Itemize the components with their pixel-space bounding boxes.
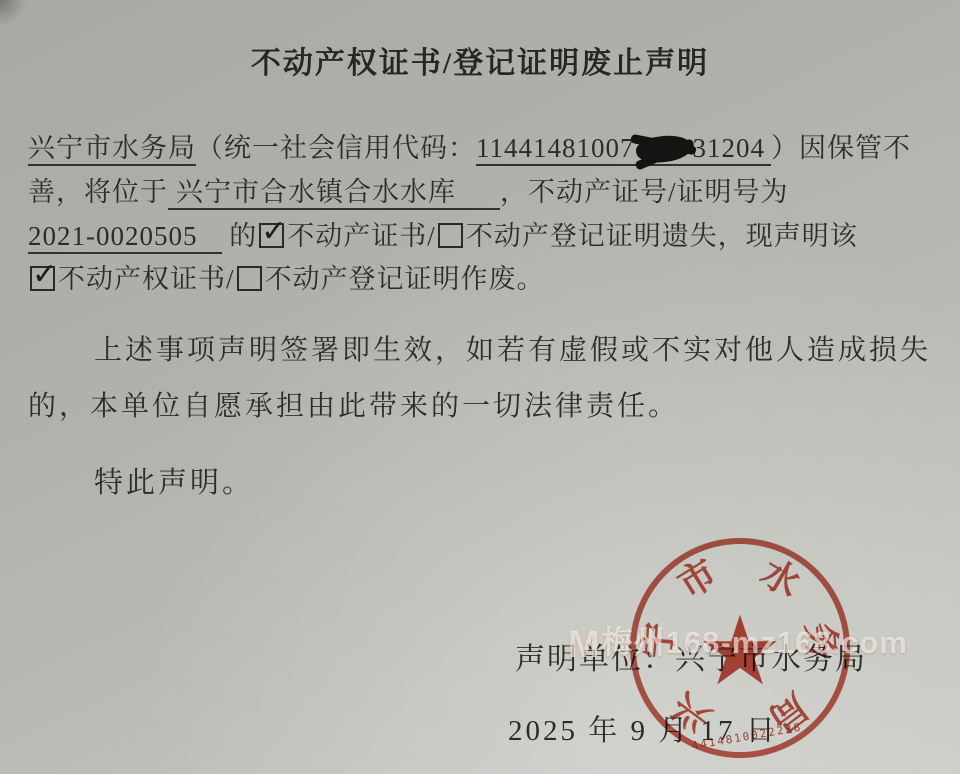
line3-cert-text: 不动产证书/ (287, 221, 436, 251)
credit-code-tail: 31204 (693, 133, 766, 163)
declarant-org-name: 兴宁市水务局 (28, 133, 196, 166)
line1-tail-text: ）因保管不 (771, 133, 911, 163)
checkbox-certificate-checked: ✓ (259, 223, 284, 248)
line2-tail-text: ，不动产证号/证明号为 (500, 177, 789, 207)
checkbox-registration-unchecked (438, 223, 463, 248)
paragraph2-line2: 的，本单位自愿承担由此带来的一切法律责任。 (28, 384, 679, 424)
line4-cert-text: 不动产权证书/ (58, 264, 235, 294)
check-mark: ✓ (261, 214, 286, 249)
document-title: 不动产权证书/登记证明废止声明 (0, 38, 960, 82)
credit-code-head: 11441481007 (476, 133, 635, 163)
signature-org-name: 兴宁市水务局 (675, 643, 867, 676)
line4-tail-text: 不动产登记证明作废。 (265, 264, 545, 294)
signature-label: 声明单位： (515, 643, 675, 676)
scanned-document: 不动产权证书/登记证明废止声明 兴宁市水务局（统一社会信用代码：11441481… (0, 0, 960, 774)
line3-de-text: 的 (222, 221, 258, 251)
closing-statement: 特此声明。 (94, 460, 254, 501)
date-line: 2025 年 9 月 17 日 (508, 708, 778, 749)
paragraph1-line2: 善，将位于兴宁市合水镇合水水库，不动产证号/证明号为 (28, 170, 789, 209)
signature-line: 声明单位：兴宁市水务局 (515, 634, 867, 678)
credit-code-label: （统一社会信用代码： (196, 133, 476, 163)
checkbox-registration2-unchecked (237, 266, 262, 291)
line3-tail-text: 不动产登记证明遗失，现声明该 (466, 221, 858, 251)
paragraph2-line1: 上述事项声明签署即生效，如若有虚假或不实对他人造成损失 (94, 328, 931, 368)
paragraph1-line1: 兴宁市水务局（统一社会信用代码：1144148100731204）因保管不 (28, 126, 911, 165)
credit-code: 1144148100731204 (476, 133, 771, 166)
line2-lead-text: 善，将位于 (28, 177, 168, 207)
seal-char-shui: 水 (755, 554, 806, 605)
seal-char-shi: 市 (673, 555, 724, 606)
redaction-scribble (634, 133, 693, 166)
property-location: 兴宁市合水镇合水水库 (168, 177, 500, 210)
paragraph1-line4: ✓不动产权证书/不动产登记证明作废。 (28, 257, 545, 296)
checkbox-ownership-cert-checked: ✓ (30, 266, 55, 291)
certificate-number: 2021-0020505 (28, 221, 222, 254)
paragraph1-line3: 2021-0020505 的✓不动产证书/不动产登记证明遗失，现声明该 (28, 214, 858, 253)
check-mark: ✓ (32, 257, 57, 292)
